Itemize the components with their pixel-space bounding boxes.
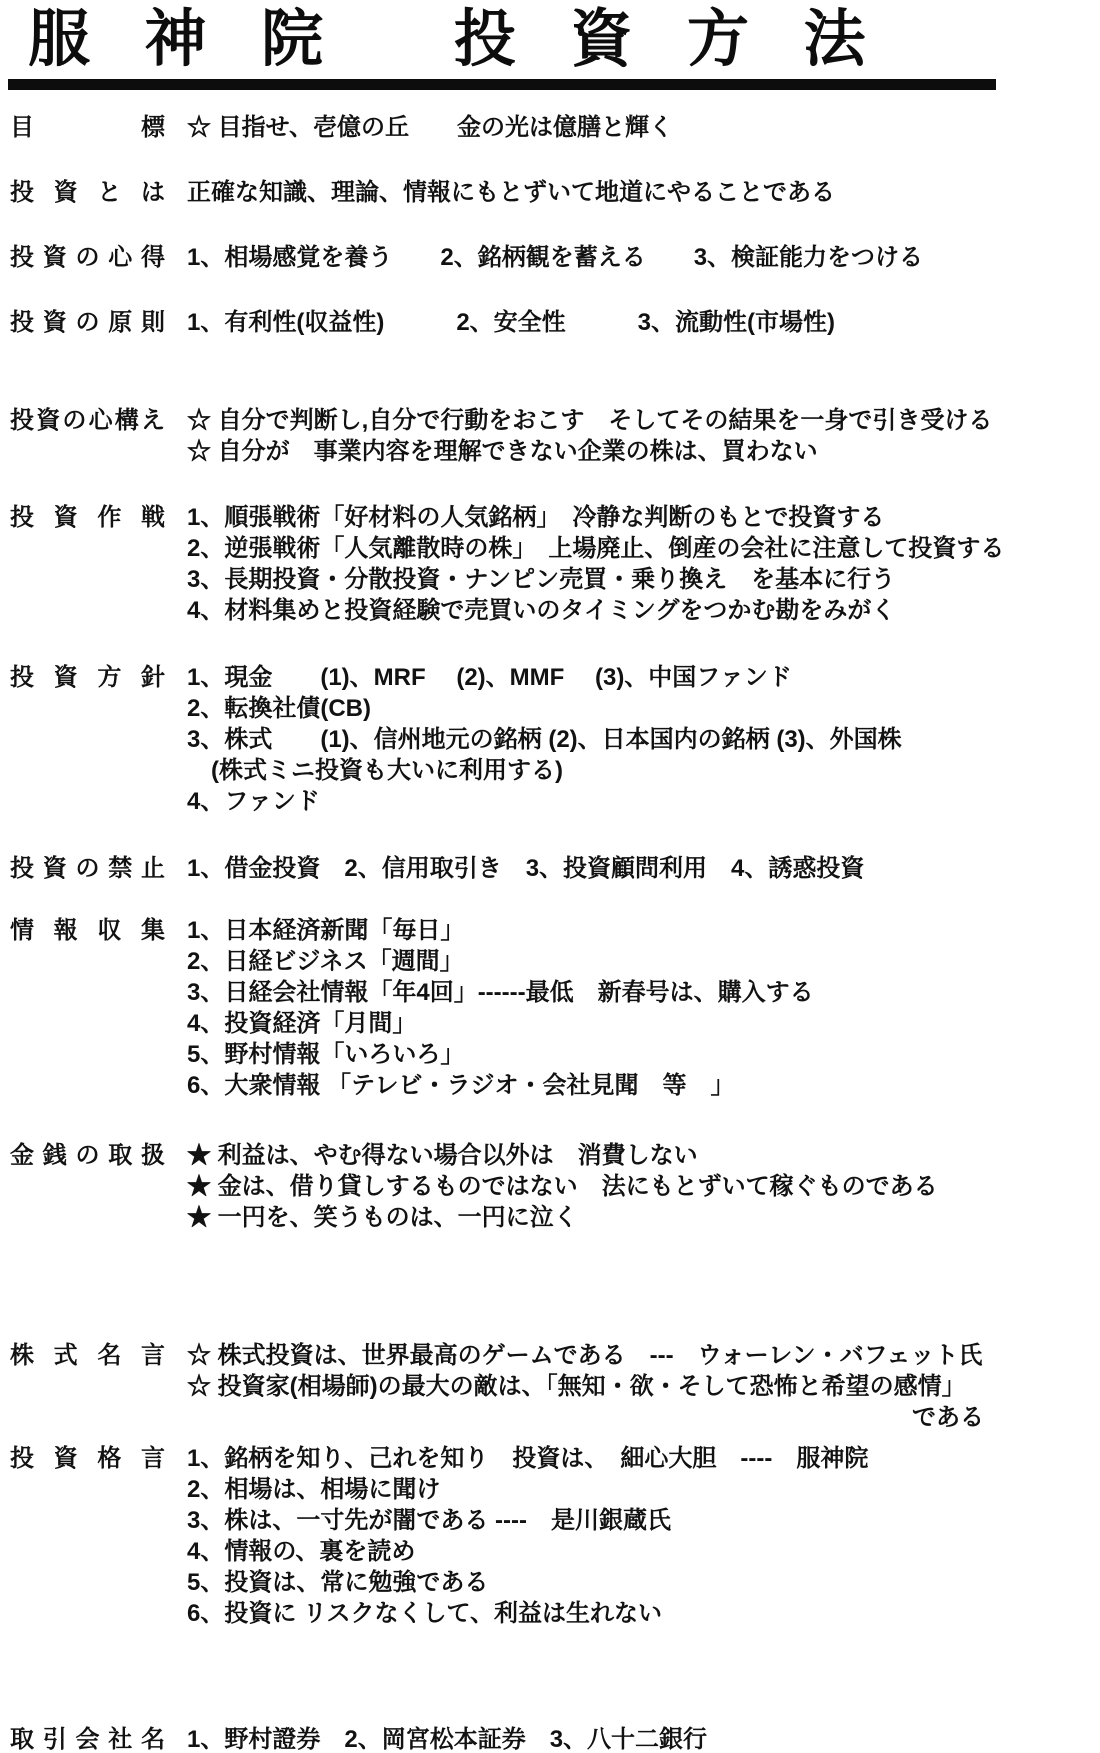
section-line: 正確な知識、理論、情報にもとずいて地道にやることである [187, 177, 1092, 208]
section-label: 投資の心得 [10, 242, 165, 273]
section-line: (株式ミニ投資も大いに利用する) [187, 755, 1092, 786]
section-line: 3、株は、一寸先が闇である ---- 是川銀蔵氏 [187, 1505, 1092, 1536]
section-line: 5、投資は、常に勉強である [187, 1567, 1092, 1598]
section-label: 投資の禁止 [10, 853, 165, 884]
section-line: 2、日経ビジネス「週間」 [187, 946, 1092, 977]
section-label: 投資格言 [10, 1443, 165, 1474]
section-line: 1、日本経済新聞「毎日」 [187, 915, 1092, 946]
section-line: 4、材料集めと投資経験で売買いのタイミングをつかむ勘をみがく [187, 595, 1092, 626]
section-line: 1、有利性(収益性) 2、安全性 3、流動性(市場性) [187, 307, 1092, 338]
section-label: 金銭の取扱 [10, 1140, 165, 1171]
section-investment-principles: 投資の原則 1、有利性(収益性) 2、安全性 3、流動性(市場性) [10, 307, 1092, 338]
section-line: ☆ 自分が 事業内容を理解できない企業の株は、買わない [187, 436, 1092, 467]
section-label: 投資の心構え [10, 405, 165, 436]
section-line: ★ 金は、借り貸しするものではない 法にもとずいて稼ぐものである [187, 1171, 1092, 1202]
section-line: 6、大衆情報 「テレビ・ラジオ・会社見聞 等 」 [187, 1070, 1092, 1101]
section-line: 3、長期投資・分散投資・ナンピン売買・乗り換え を基本に行う [187, 564, 1092, 595]
title-underline-rule [8, 79, 996, 90]
section-information-gathering: 情報収集 1、日本経済新聞「毎日」 2、日経ビジネス「週間」 3、日経会社情報「… [10, 915, 1092, 1101]
section-label: 株式名言 [10, 1340, 165, 1371]
section-investment-attitude: 投資の心構え ☆ 自分で判断し,自分で行動をおこす そしてその結果を一身で引き受… [10, 405, 1092, 467]
section-label: 投資の原則 [10, 307, 165, 338]
section-line: 1、現金 (1)、MRF (2)、MMF (3)、中国ファンド [187, 662, 1092, 693]
section-line: 2、相場は、相場に聞け [187, 1474, 1092, 1505]
section-label: 投資方針 [10, 662, 165, 693]
section-investment-strategy: 投資作戦 1、順張戦術「好材料の人気銘柄」 冷静な判断のもとで投資する 2、逆張… [10, 502, 1092, 626]
section-line: ☆ 株式投資は、世界最高のゲームである --- ウォーレン・バフェット氏 [187, 1340, 1092, 1371]
section-line: ☆ 投資家(相場師)の最大の敵は、「無知・欲・そして恐怖と希望の感情」 [187, 1371, 1092, 1402]
document-title: 服神院 投資方法 [28, 8, 1100, 70]
section-money-handling: 金銭の取扱 ★ 利益は、やむ得ない場合以外は 消費しない ★ 金は、借り貸しする… [10, 1140, 1092, 1233]
section-what-is-investment: 投資とは 正確な知識、理論、情報にもとずいて地道にやることである [10, 177, 1092, 208]
section-line: 5、野村情報「いろいろ」 [187, 1039, 1092, 1070]
section-goal: 目標 ☆ 目指せ、壱億の丘 金の光は億膳と輝く [10, 112, 1092, 143]
document-body: 目標 ☆ 目指せ、壱億の丘 金の光は億膳と輝く 投資とは 正確な知識、理論、情報… [0, 112, 1100, 1753]
section-label: 投資作戦 [10, 502, 165, 533]
section-line: ★ 利益は、やむ得ない場合以外は 消費しない [187, 1140, 1092, 1171]
section-line: 2、転換社債(CB) [187, 693, 1092, 724]
section-label: 情報収集 [10, 915, 165, 946]
section-line: 1、銘柄を知り、己れを知り 投資は、 細心大胆 ---- 服神院 [187, 1443, 1092, 1474]
section-investment-proverbs: 投資格言 1、銘柄を知り、己れを知り 投資は、 細心大胆 ---- 服神院 2、… [10, 1443, 1092, 1629]
section-investment-policy: 投資方針 1、現金 (1)、MRF (2)、MMF (3)、中国ファンド 2、転… [10, 662, 1092, 817]
section-line: 1、相場感覚を養う 2、銘柄観を蓄える 3、検証能力をつける [187, 242, 1092, 273]
section-label: 目標 [10, 112, 165, 143]
section-stock-quotes: 株式名言 ☆ 株式投資は、世界最高のゲームである --- ウォーレン・バフェット… [10, 1340, 1092, 1433]
section-line: 3、日経会社情報「年4回」------最低 新春号は、購入する [187, 977, 1092, 1008]
section-line: ☆ 自分で判断し,自分で行動をおこす そしてその結果を一身で引き受ける [187, 405, 1092, 436]
section-trading-companies: 取引会社名 1、野村證券 2、岡宮松本証券 3、八十二銀行 [10, 1724, 1092, 1753]
section-line: 4、投資経済「月間」 [187, 1008, 1092, 1039]
section-line: 1、野村證券 2、岡宮松本証券 3、八十二銀行 [187, 1724, 1092, 1753]
scanned-document-page: 服神院 投資方法 目標 ☆ 目指せ、壱億の丘 金の光は億膳と輝く 投資とは 正確… [0, 8, 1100, 1753]
section-investment-prohibitions: 投資の禁止 1、借金投資 2、信用取引き 3、投資顧問利用 4、誘惑投資 [10, 853, 1092, 884]
section-line: ★ 一円を、笑うものは、一円に泣く [187, 1202, 1092, 1233]
section-investment-mindset: 投資の心得 1、相場感覚を養う 2、銘柄観を蓄える 3、検証能力をつける [10, 242, 1092, 273]
section-line: 6、投資に リスクなくして、利益は生れない [187, 1598, 1092, 1629]
section-line: 2、逆張戦術「人気離散時の株」 上場廃止、倒産の会社に注意して投資する [187, 533, 1092, 564]
section-line: 3、株式 (1)、信州地元の銘柄 (2)、日本国内の銘柄 (3)、外国株 [187, 724, 1092, 755]
section-line: 1、借金投資 2、信用取引き 3、投資顧問利用 4、誘惑投資 [187, 853, 1092, 884]
section-line: 4、ファンド [187, 786, 1092, 817]
section-line: ☆ 目指せ、壱億の丘 金の光は億膳と輝く [187, 112, 1092, 143]
section-line: 4、情報の、裏を読め [187, 1536, 1092, 1567]
section-label: 投資とは [10, 177, 165, 208]
section-label: 取引会社名 [10, 1724, 165, 1753]
document-header: 服神院 投資方法 [0, 8, 1100, 90]
section-line: 1、順張戦術「好材料の人気銘柄」 冷静な判断のもとで投資する [187, 502, 1092, 533]
section-line-continuation: である [187, 1402, 1092, 1433]
